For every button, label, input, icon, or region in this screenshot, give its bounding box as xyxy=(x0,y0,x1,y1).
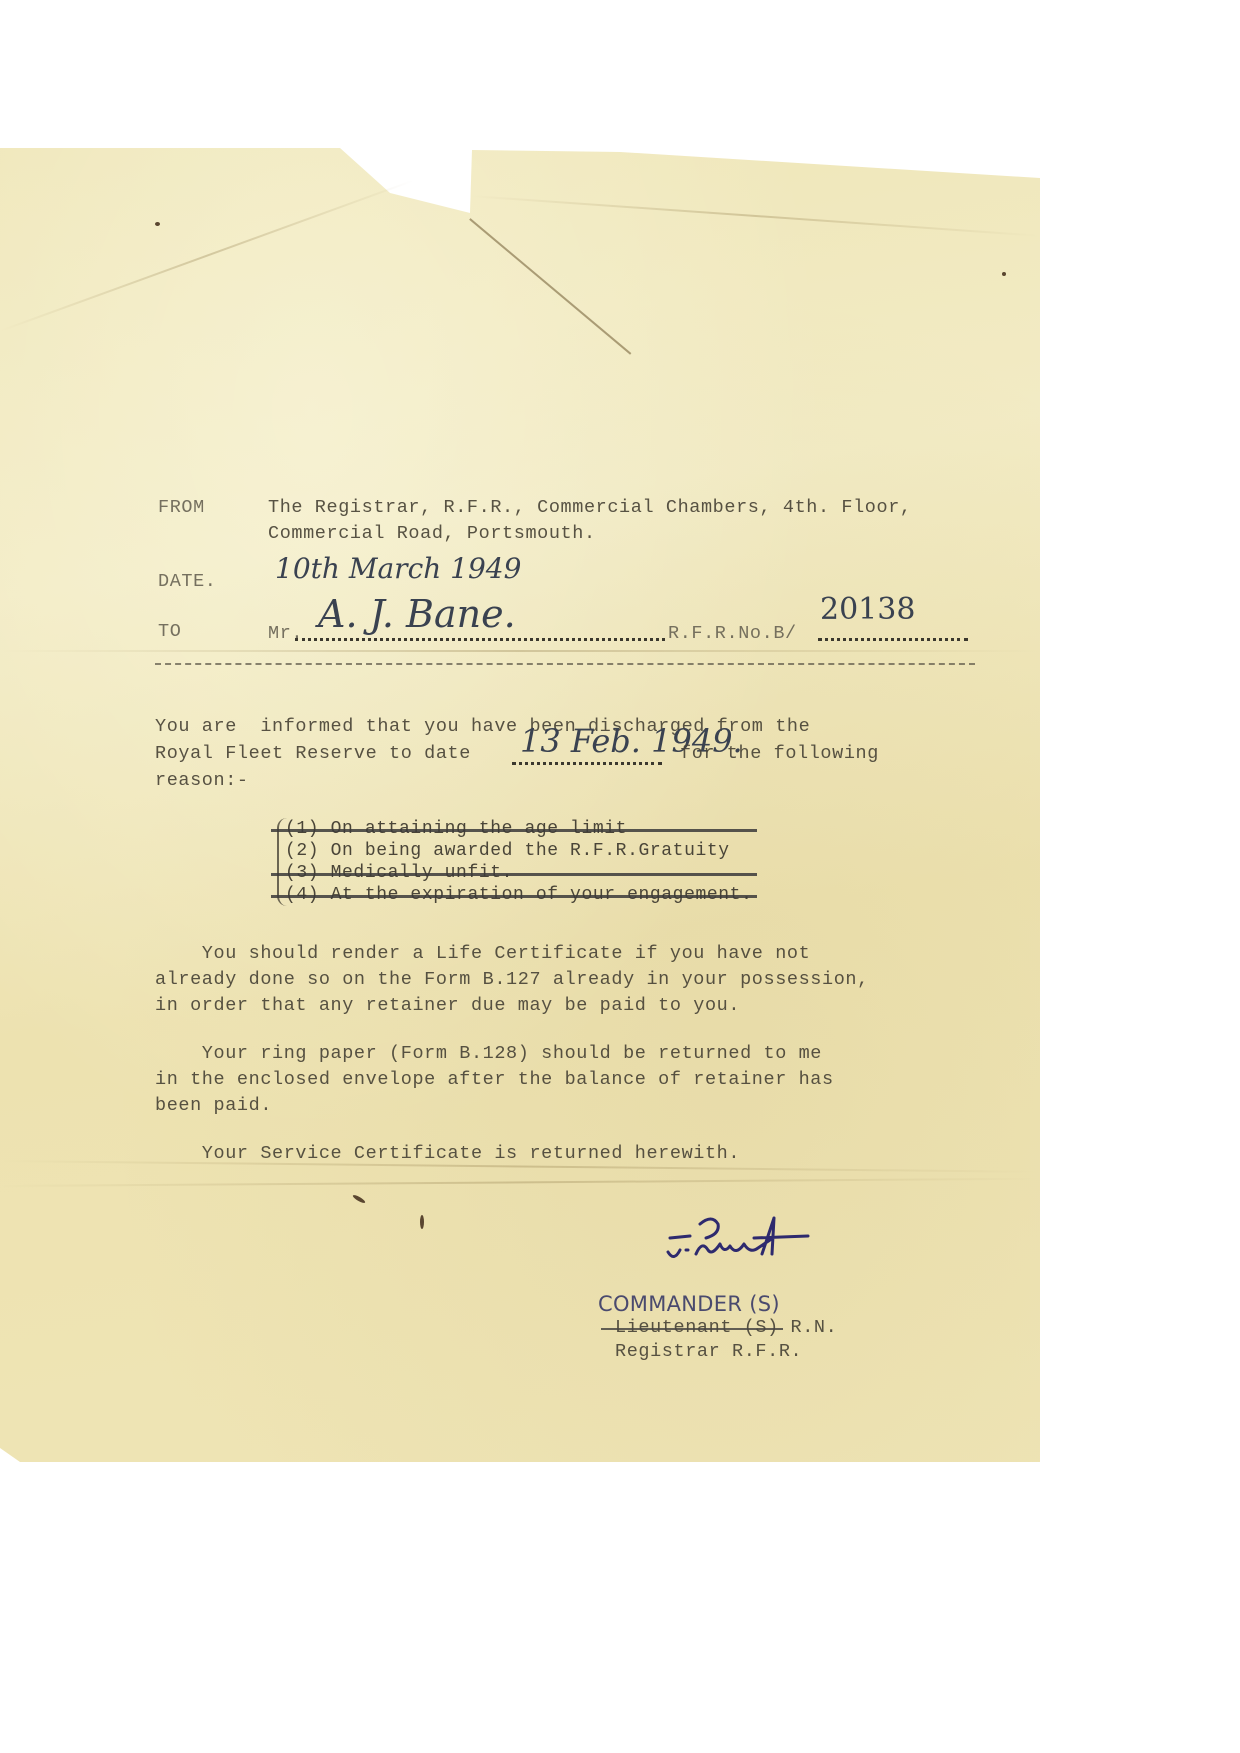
document-paper xyxy=(0,148,1040,1462)
reason-2-selected: (2) On being awarded the R.F.R.Gratuity xyxy=(285,840,753,862)
ink-speck xyxy=(155,222,160,226)
signatory-title: Registrar R.F.R. xyxy=(615,1338,802,1365)
to-label: TO xyxy=(158,618,181,645)
para2-line3: in order that any retainer due may be pa… xyxy=(155,992,740,1019)
ink-speck xyxy=(1002,272,1006,276)
reasons-list: (1) On attaining the age limit (2) On be… xyxy=(285,818,753,906)
reason-3-struck: (3) Medically unfit. xyxy=(285,862,753,884)
para3-line3: been paid. xyxy=(155,1092,272,1119)
para3-line2: in the enclosed envelope after the balan… xyxy=(155,1066,834,1093)
para1-line2-prefix: Royal Fleet Reserve to date xyxy=(155,740,471,767)
crease xyxy=(0,650,1040,652)
para1-line3: reason:- xyxy=(155,767,249,794)
recipient-name: A. J. Bane. xyxy=(318,592,516,636)
reason-4-struck: (4) At the expiration of your engagement… xyxy=(285,884,753,906)
name-dotted-line xyxy=(295,638,665,641)
ink-speck xyxy=(420,1215,424,1229)
struck-rank: Lieutenant (S) R.N. xyxy=(615,1314,837,1341)
from-address-line1: The Registrar, R.F.R., Commercial Chambe… xyxy=(268,494,912,521)
discharge-date-dotted-line xyxy=(512,762,662,765)
signature-icon xyxy=(650,1210,820,1270)
rfr-number-label: R.F.R.No.B/ xyxy=(668,620,797,647)
from-address-line2: Commercial Road, Portsmouth. xyxy=(268,520,596,547)
para3-line1: Your ring paper (Form B.128) should be r… xyxy=(155,1040,822,1067)
to-prefix: Mr. xyxy=(268,620,303,647)
para1-line2-suffix: for the following xyxy=(680,740,879,767)
rank-stamp: COMMANDER (S) xyxy=(598,1292,780,1316)
reason-1-struck: (1) On attaining the age limit xyxy=(285,818,753,840)
rfr-number: 20138 xyxy=(820,592,915,627)
date-handwritten: 10th March 1949 xyxy=(275,552,521,585)
para2-line1: You should render a Life Certificate if … xyxy=(155,940,810,967)
date-label: DATE. xyxy=(158,568,217,595)
rfr-dotted-line xyxy=(818,638,968,641)
separator-line xyxy=(155,663,975,665)
from-label: FROM xyxy=(158,494,205,521)
para4-line1: Your Service Certificate is returned her… xyxy=(155,1140,740,1167)
para2-line2: already done so on the Form B.127 alread… xyxy=(155,966,869,993)
